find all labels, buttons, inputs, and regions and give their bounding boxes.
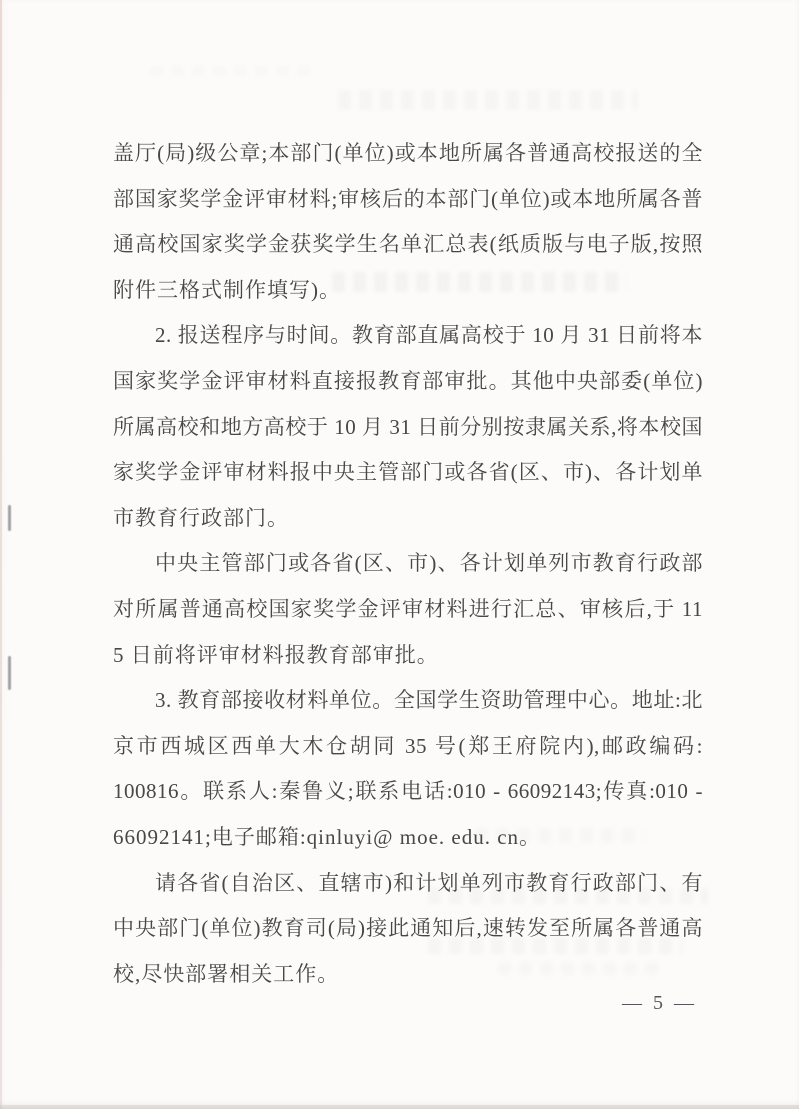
text-line: 部国家奖学金评审材料;审核后的本部门(单位)或本地所属各普 — [113, 177, 703, 223]
text-line: 附件三格式制作填写)。 — [113, 268, 703, 314]
scan-binding-mark — [8, 656, 11, 690]
text-line: 5 日前将评审材料报教育部审批。 — [113, 633, 703, 679]
scan-edge-bottom — [0, 1105, 799, 1109]
paragraph: 中央主管部门或各省(区、市)、各计划单列市教育行政部门 对所属普通高校国家奖学金… — [113, 541, 703, 678]
text-line: 中央部门(单位)教育司(局)接此通知后,速转发至所属各普通高 — [113, 906, 703, 952]
text-line: 2. 报送程序与时间。教育部直属高校于 10 月 31 日前将本校 — [113, 313, 703, 359]
paragraph: 请各省(自治区、直辖市)和计划单列市教育行政部门、有关 中央部门(单位)教育司(… — [113, 861, 703, 998]
text-line: 家奖学金评审材料报中央主管部门或各省(区、市)、各计划单列 — [113, 450, 703, 496]
scan-binding-mark — [8, 505, 11, 531]
text-line: 校,尽快部署相关工作。 — [113, 952, 703, 998]
text-line: 请各省(自治区、直辖市)和计划单列市教育行政部门、有关 — [113, 861, 703, 907]
page-number: — 5 — — [622, 992, 697, 1015]
paragraph: 2. 报送程序与时间。教育部直属高校于 10 月 31 日前将本校 国家奖学金评… — [113, 313, 703, 541]
text-line: 中央主管部门或各省(区、市)、各计划单列市教育行政部门 — [113, 541, 703, 587]
document-body: 盖厅(局)级公章;本部门(单位)或本地所属各普通高校报送的全 部国家奖学金评审材… — [113, 131, 703, 997]
paragraph: 盖厅(局)级公章;本部门(单位)或本地所属各普通高校报送的全 部国家奖学金评审材… — [113, 131, 703, 313]
text-line: 盖厅(局)级公章;本部门(单位)或本地所属各普通高校报送的全 — [113, 131, 703, 177]
text-line: 100816。联系人:秦鲁义;联系电话:010 - 66092143;传真:01… — [113, 769, 703, 815]
text-line: 通高校国家奖学金获奖学生名单汇总表(纸质版与电子版,按照 — [113, 222, 703, 268]
scan-edge-left — [0, 0, 2, 1109]
text-line: 京市西城区西单大木仓胡同 35 号(郑王府院内),邮政编码: — [113, 724, 703, 770]
scanned-page: 盖厅(局)级公章;本部门(单位)或本地所属各普通高校报送的全 部国家奖学金评审材… — [0, 0, 799, 1109]
scan-smudge — [150, 66, 310, 76]
text-line: 所属高校和地方高校于 10 月 31 日前分别按隶属关系,将本校国 — [113, 405, 703, 451]
text-line: 市教育行政部门。 — [113, 496, 703, 542]
text-line: 国家奖学金评审材料直接报教育部审批。其他中央部委(单位) — [113, 359, 703, 405]
text-line: 对所属普通高校国家奖学金评审材料进行汇总、审核后,于 11 月 — [113, 587, 703, 633]
text-line: 66092141;电子邮箱:qinluyi@ moe. edu. cn。 — [113, 815, 703, 861]
scan-smudge — [338, 90, 638, 110]
text-line: 3. 教育部接收材料单位。全国学生资助管理中心。地址:北 — [113, 678, 703, 724]
paragraph: 3. 教育部接收材料单位。全国学生资助管理中心。地址:北 京市西城区西单大木仓胡… — [113, 678, 703, 860]
